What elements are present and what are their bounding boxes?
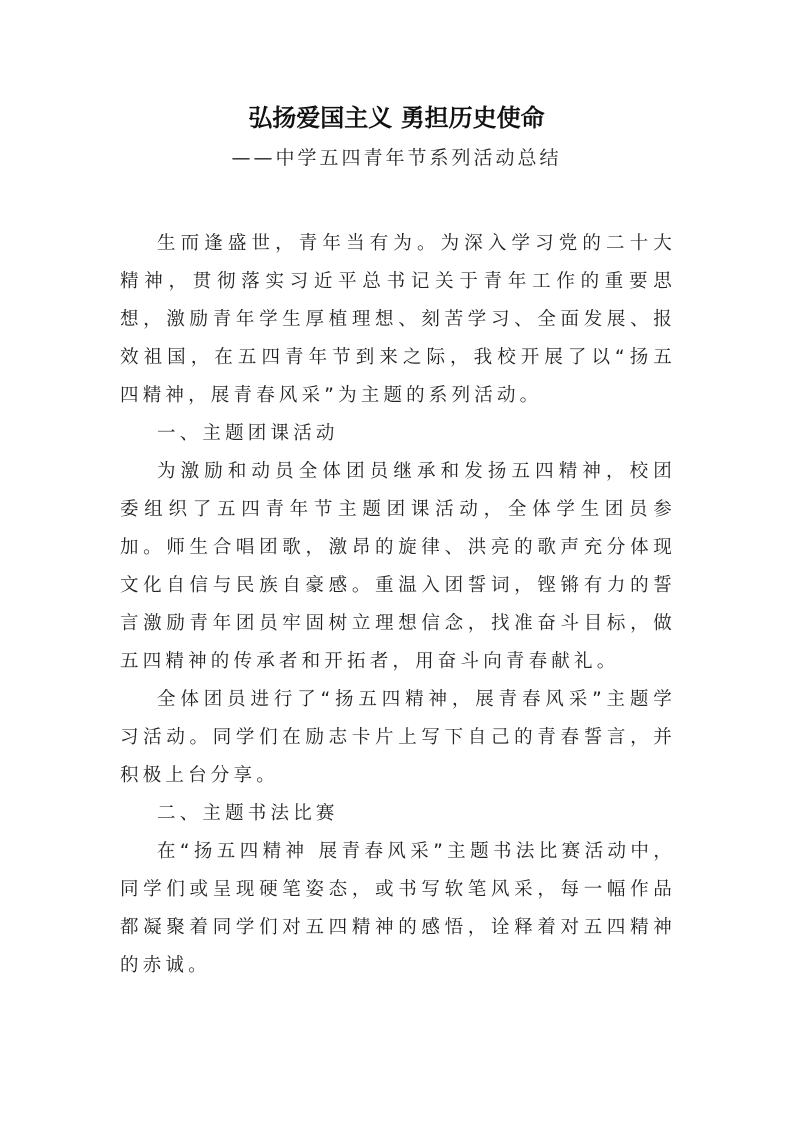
- document-title: 弘扬爱国主义 勇担历史使命: [0, 100, 793, 136]
- document-page: 弘扬爱国主义 勇担历史使命 ——中学五四青年节系列活动总结 生而逢盛世，青年当有…: [0, 0, 793, 1122]
- paragraph-section-2: 在“扬五四精神 展青春风采”主题书法比赛活动中，同学们或呈现硬笔姿态，或书写软笔…: [120, 833, 676, 985]
- document-body: 生而逢盛世，青年当有为。为深入学习党的二十大精神，贯彻落实习近平总书记关于青年工…: [120, 225, 676, 985]
- paragraph-section-1b: 全体团员进行了“扬五四精神，展青春风采”主题学习活动。同学们在励志卡片上写下自己…: [120, 681, 676, 795]
- paragraph-section-1: 为激励和动员全体团员继承和发扬五四精神，校团委组织了五四青年节主题团课活动，全体…: [120, 453, 676, 681]
- document-subtitle: ——中学五四青年节系列活动总结: [0, 143, 793, 173]
- section-heading-1: 一、主题团课活动: [120, 415, 676, 453]
- paragraph-intro: 生而逢盛世，青年当有为。为深入学习党的二十大精神，贯彻落实习近平总书记关于青年工…: [120, 225, 676, 415]
- section-heading-2: 二、主题书法比赛: [120, 795, 676, 833]
